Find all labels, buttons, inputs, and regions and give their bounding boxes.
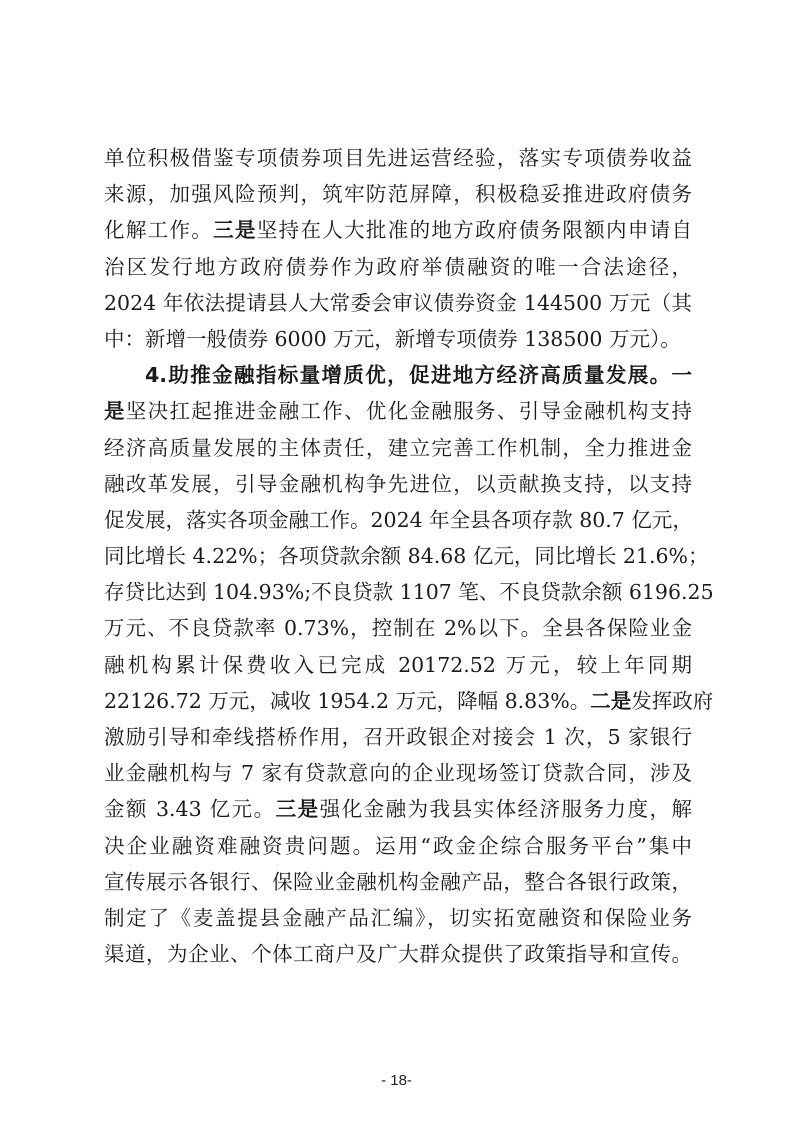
text-run: 激励引导和牵线搭桥作用，召开政银企对接会 1 次，5 家银行: [104, 725, 692, 749]
text-run: 融机构累计保费收入已完成 20172.52 万元，较上年同期: [104, 653, 692, 677]
document-page: 单位积极借鉴专项债券项目先进运营经验，落实专项债券收益来源，加强风险预判，筑牢防…: [0, 0, 793, 1122]
text-line: 单位积极借鉴专项债券项目先进运营经验，落实专项债券收益: [104, 140, 692, 176]
bold-text: 二是: [590, 689, 631, 713]
text-run: 业金融机构与 7 家有贷款意向的企业现场签订贷款合同，涉及: [104, 761, 692, 785]
text-run: 促发展，落实各项金融工作。2024 年全县各项存款 80.7 亿元，: [104, 508, 693, 532]
text-line: 宣传展示各银行、保险业金融机构金融产品，整合各银行政策，: [104, 864, 692, 900]
bold-text: 4.助推金融指标量增质优，促进地方经济高质量发展。一: [145, 363, 692, 387]
bold-text: 三是: [213, 218, 257, 242]
text-run: 同比增长 4.22%；各项贷款余额 84.68 亿元，同比增长 21.6%；: [104, 544, 709, 568]
text-run: 万元、不良贷款率 0.73%，控制在 2%以下。全县各保险业金: [104, 616, 692, 640]
text-run: 金额 3.43 亿元。: [104, 797, 276, 821]
text-line: 化解工作。三是坚持在人大批准的地方政府债务限额内申请自: [104, 212, 692, 248]
text-run: 存贷比达到 104.93%;不良贷款 1107 笔、不良贷款余额 6196.25: [104, 580, 714, 604]
text-run: 制定了《麦盖提县金融产品汇编》，切实拓宽融资和保险业务: [104, 906, 692, 930]
text-line: 制定了《麦盖提县金融产品汇编》，切实拓宽融资和保险业务: [104, 900, 692, 936]
text-line: 中：新增一般债券 6000 万元，新增专项债券 138500 万元）。: [104, 321, 692, 357]
text-line: 渠道，为企业、个体工商户及广大群众提供了政策指导和宣传。: [104, 936, 692, 972]
text-line: 22126.72 万元，减收 1954.2 万元，降幅 8.83%。二是发挥政府: [104, 683, 692, 719]
text-line: 治区发行地方政府债券作为政府举债融资的唯一合法途径，: [104, 249, 692, 285]
text-run: 2024 年依法提请县人大常委会审议债券资金 144500 万元（其: [104, 291, 692, 315]
text-line: 激励引导和牵线搭桥作用，召开政银企对接会 1 次，5 家银行: [104, 719, 692, 755]
text-line: 融机构累计保费收入已完成 20172.52 万元，较上年同期: [104, 647, 692, 683]
text-line: 是坚决扛起推进金融工作、优化金融服务、引导金融机构支持: [104, 393, 692, 429]
bold-text: 是: [104, 399, 126, 423]
text-line: 存贷比达到 104.93%;不良贷款 1107 笔、不良贷款余额 6196.25: [104, 574, 692, 610]
text-line: 经济高质量发展的主体责任，建立完善工作机制，全力推进金: [104, 430, 692, 466]
text-run: 化解工作。: [104, 218, 213, 242]
text-line: 万元、不良贷款率 0.73%，控制在 2%以下。全县各保险业金: [104, 610, 692, 646]
text-line: 促发展，落实各项金融工作。2024 年全县各项存款 80.7 亿元，: [104, 502, 692, 538]
body-text: 单位积极借鉴专项债券项目先进运营经验，落实专项债券收益来源，加强风险预判，筑牢防…: [104, 140, 692, 972]
text-line: 2024 年依法提请县人大常委会审议债券资金 144500 万元（其: [104, 285, 692, 321]
text-run: 强化金融为我县实体经济服务力度，解: [320, 797, 692, 821]
text-line: 金额 3.43 亿元。三是强化金融为我县实体经济服务力度，解: [104, 791, 692, 827]
text-run: 单位积极借鉴专项债券项目先进运营经验，落实专项债券收益: [104, 146, 692, 170]
text-line: 决企业融资难融资贵问题。运用“政金企综合服务平台”集中: [104, 828, 692, 864]
text-run: 决企业融资难融资贵问题。运用“政金企综合服务平台”集中: [104, 834, 692, 858]
text-run: 宣传展示各银行、保险业金融机构金融产品，整合各银行政策，: [104, 870, 692, 894]
text-run: 22126.72 万元，减收 1954.2 万元，降幅 8.83%。: [104, 689, 590, 713]
text-run: 坚决扛起推进金融工作、优化金融服务、引导金融机构支持: [126, 399, 692, 423]
text-run: 渠道，为企业、个体工商户及广大群众提供了政策指导和宣传。: [104, 942, 692, 966]
text-run: 发挥政府: [631, 689, 713, 713]
text-line: 融改革发展，引导金融机构争先进位，以贡献换支持，以支持: [104, 466, 692, 502]
text-run: 来源，加强风险预判，筑牢防范屏障，积极稳妥推进政府债务: [104, 182, 692, 206]
text-run: 经济高质量发展的主体责任，建立完善工作机制，全力推进金: [104, 436, 692, 460]
page-number: - 18-: [0, 1072, 793, 1089]
text-line: 同比增长 4.22%；各项贷款余额 84.68 亿元，同比增长 21.6%；: [104, 538, 692, 574]
text-line: 4.助推金融指标量增质优，促进地方经济高质量发展。一: [104, 357, 692, 393]
text-run: 坚持在人大批准的地方政府债务限额内申请自: [257, 218, 692, 242]
text-run: 治区发行地方政府债券作为政府举债融资的唯一合法途径，: [104, 255, 692, 279]
text-run: 中：新增一般债券 6000 万元，新增专项债券 138500 万元）。: [104, 327, 681, 351]
bold-text: 三是: [276, 797, 320, 821]
text-line: 业金融机构与 7 家有贷款意向的企业现场签订贷款合同，涉及: [104, 755, 692, 791]
text-line: 来源，加强风险预判，筑牢防范屏障，积极稳妥推进政府债务: [104, 176, 692, 212]
text-run: 融改革发展，引导金融机构争先进位，以贡献换支持，以支持: [104, 472, 692, 496]
